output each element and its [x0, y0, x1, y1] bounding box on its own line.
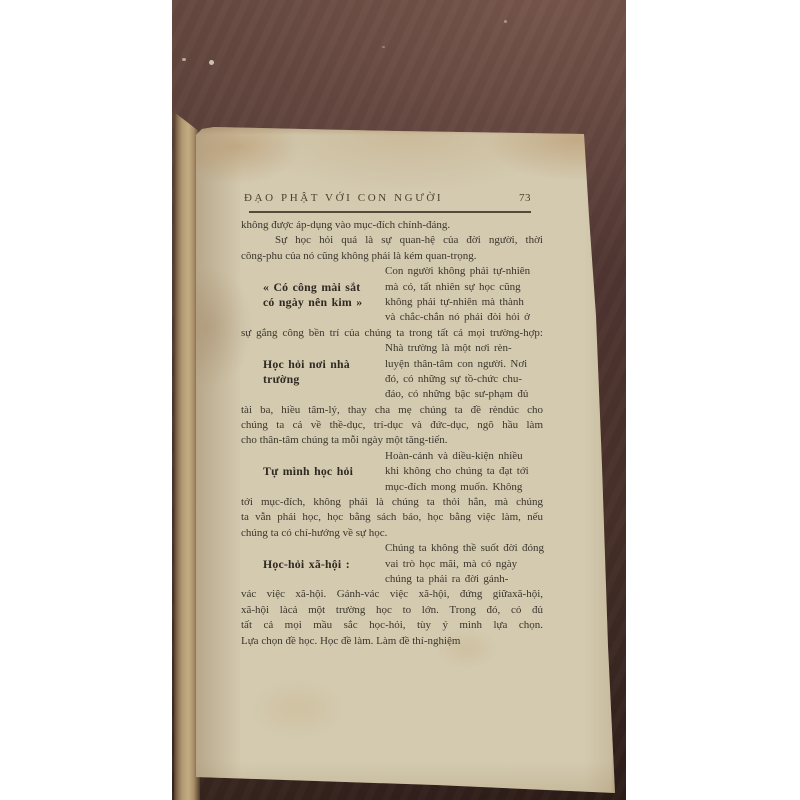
dust-speck	[209, 60, 214, 65]
section-heading: Học hỏi nơi nhà	[263, 357, 350, 372]
dust-speck	[182, 58, 186, 61]
text-line: cho thân-tâm chúng ta mỗi ngày một tăng-…	[241, 433, 543, 448]
text-line: Học hỏi nơi nhàluyện thân-tâm con người.…	[241, 357, 543, 372]
text-line: Con người không phải tự-nhiên	[241, 264, 543, 279]
right-column-text: chúng ta phải ra đời gánh-	[385, 572, 508, 587]
text-line: Tự mình học hỏikhi không cho chúng ta đạ…	[241, 464, 543, 479]
text-line: tới mục-đích, không phải là chúng ta thỏ…	[241, 495, 543, 510]
text-line: có ngày nên kim »không phải tự-nhiên mà …	[241, 295, 543, 310]
text-line: và chắc-chắn nó phải đòi hỏi ở	[241, 310, 543, 325]
text-line: chúng ta có chí-hướng về sự học.	[241, 526, 543, 541]
right-column-text: đáo, có những bậc sư-phạm đủ	[385, 387, 528, 402]
section-heading: « Có công mài sắt	[263, 280, 360, 295]
text-line: sự gắng công bền trí của chúng ta trong …	[241, 326, 543, 341]
section-heading: Học-hỏi xã-hội :	[263, 557, 350, 572]
running-header: ĐẠO PHẬT VỚI CON NGƯỜI 73	[244, 192, 531, 204]
text-line: chúng ta cả về thề-dục, trí-dục và đức-d…	[241, 418, 543, 433]
right-column-text: mục-đích mong muốn. Không	[385, 480, 522, 495]
section-heading: Tự mình học hỏi	[263, 464, 353, 479]
header-rule	[249, 211, 531, 213]
book-page: ĐẠO PHẬT VỚI CON NGƯỜI 73 không được áp-…	[196, 126, 618, 796]
dust-speck	[382, 46, 385, 48]
text-line: vác việc xã-hội. Gánh-vác việc xã-hội, đ…	[241, 587, 543, 602]
text-line: xã-hội làcả một trường học to lớn. Trong…	[241, 603, 543, 618]
page-right-edge-shadow	[611, 140, 618, 796]
right-column-text: mà có, tất nhiên sự học cũng	[385, 280, 521, 295]
right-column-text: Chúng ta không thề suốt đời đóng	[385, 541, 544, 556]
right-column-text: Con người không phải tự-nhiên	[385, 264, 530, 279]
text-line: trườngđó, có những sự tồ-chức chu-	[241, 372, 543, 387]
dust-speck	[504, 20, 507, 23]
text-line: ta vẫn phải học, học bằng sách báo, học …	[241, 510, 543, 525]
text-line: mục-đích mong muốn. Không	[241, 480, 543, 495]
text-line: công-phu của nó cũng không phải là kém q…	[241, 249, 543, 264]
section-heading: có ngày nên kim »	[263, 295, 362, 310]
text-line: chúng ta phải ra đời gánh-	[241, 572, 543, 587]
text-line: Sự học hỏi quả là sự quan-hệ của đời ngư…	[241, 233, 543, 248]
text-line: tất cả mọi mầu sắc học-hỏi, tùy ý mình l…	[241, 618, 543, 633]
right-column-text: và chắc-chắn nó phải đòi hỏi ở	[385, 310, 530, 325]
right-column-text: khi không cho chúng ta đạt tới	[385, 464, 529, 479]
text-line: Học-hỏi xã-hội :vai trò học mãi, mà có n…	[241, 557, 543, 572]
text-line: Hoàn-cảnh và diều-kiện nhiều	[241, 449, 543, 464]
book-photo: ĐẠO PHẬT VỚI CON NGƯỜI 73 không được áp-…	[172, 0, 626, 800]
page-number: 73	[519, 192, 531, 204]
right-column-text: Nhà trường là một nơi rèn-	[385, 341, 512, 356]
text-line: không được áp-dụng vào mục-đích chính-đá…	[241, 218, 543, 233]
right-column-text: không phải tự-nhiên mà thành	[385, 295, 524, 310]
running-header-title: ĐẠO PHẬT VỚI CON NGƯỜI	[244, 192, 443, 204]
text-line: Lựa chọn đề học. Học đề làm. Làm đề thí-…	[241, 634, 543, 649]
right-column-text: đó, có những sự tồ-chức chu-	[385, 372, 522, 387]
text-line: đáo, có những bậc sư-phạm đủ	[241, 387, 543, 402]
text-line: Nhà trường là một nơi rèn-	[241, 341, 543, 356]
section-heading: trường	[263, 372, 299, 387]
right-column-text: luyện thân-tâm con người. Nơi	[385, 357, 527, 372]
text-line: Chúng ta không thề suốt đời đóng	[241, 541, 543, 556]
text-line: tài ba, hiều tâm-lý, thay cha mẹ chúng t…	[241, 403, 543, 418]
body-text-lines: không được áp-dụng vào mục-đích chính-đá…	[241, 218, 543, 649]
right-column-text: Hoàn-cảnh và diều-kiện nhiều	[385, 449, 523, 464]
right-column-text: vai trò học mãi, mà có ngày	[385, 557, 517, 572]
text-line: « Có công mài sắtmà có, tất nhiên sự học…	[241, 280, 543, 295]
